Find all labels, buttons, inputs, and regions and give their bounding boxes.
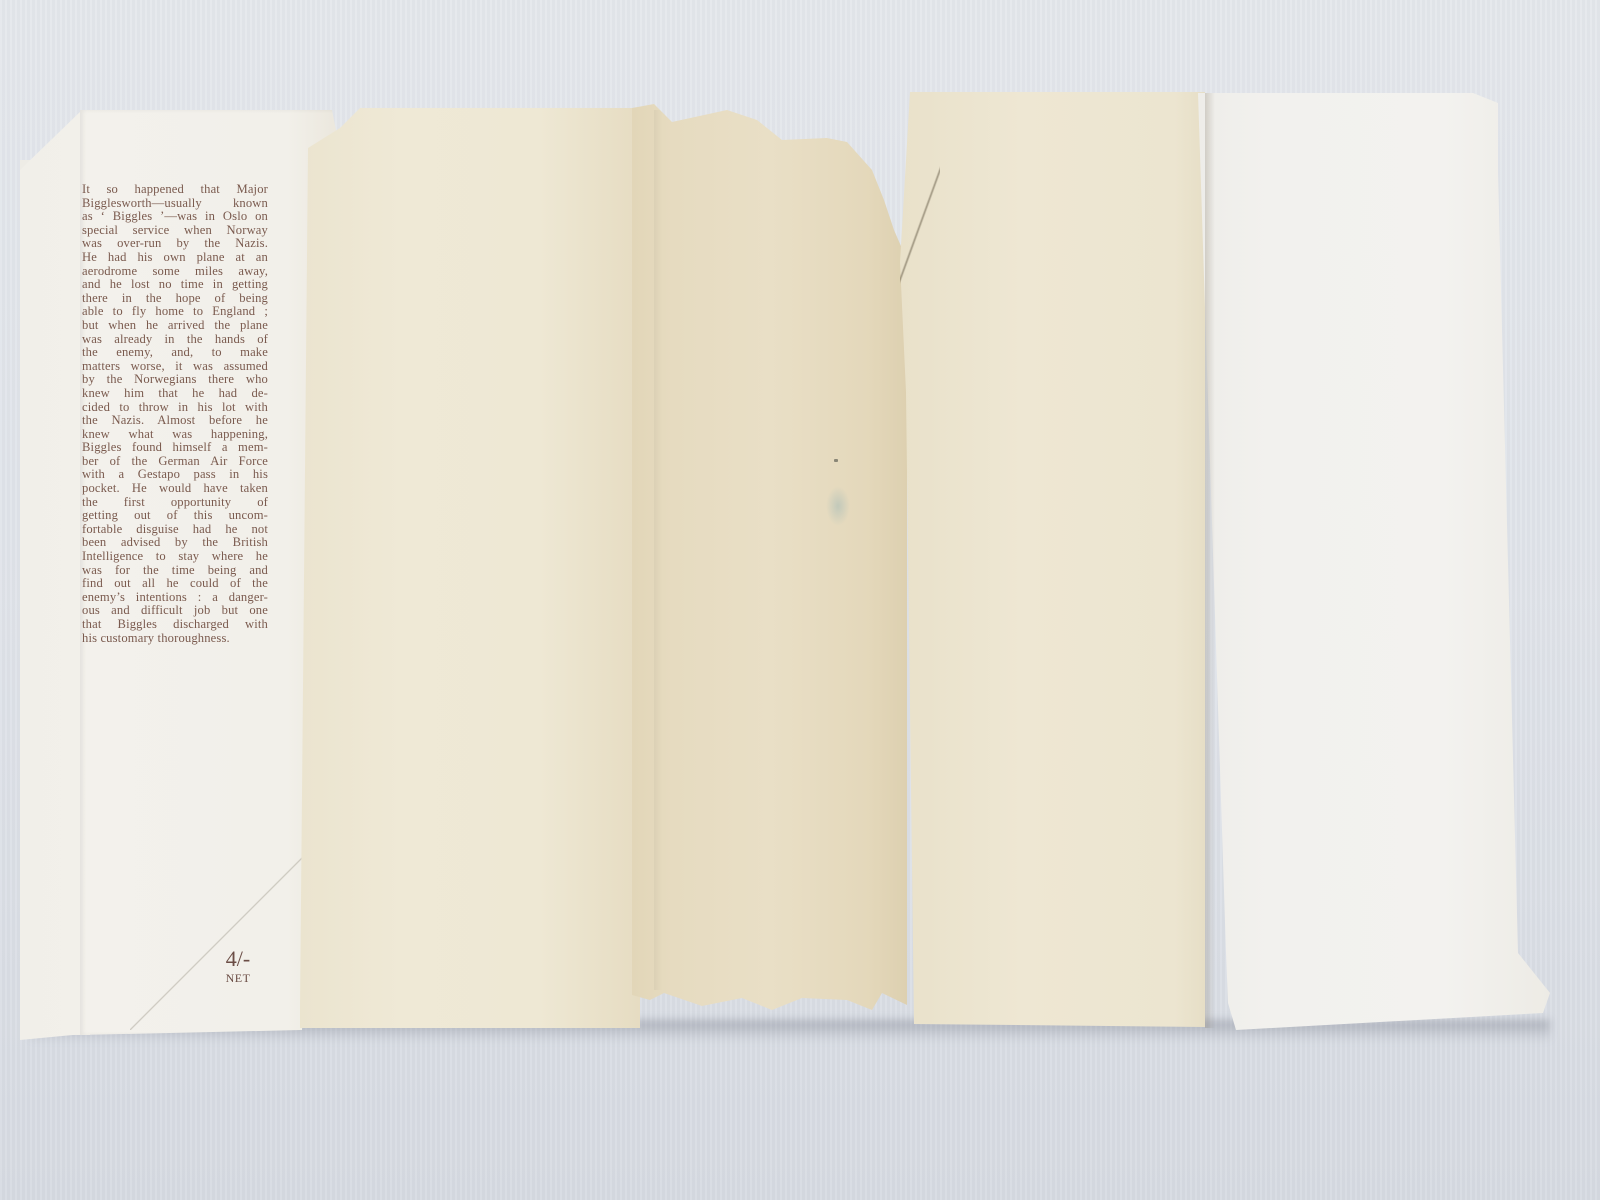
blurb-line: that Biggles discharged with xyxy=(82,618,268,632)
blurb-line: there in the hope of being xyxy=(82,292,268,306)
blurb-line: He had his own plane at an xyxy=(82,251,268,265)
blurb-line: by the Norwegians there who xyxy=(82,373,268,387)
blurb-line: knew what was happening, xyxy=(82,428,268,442)
blurb-line: cided to throw in his lot with xyxy=(82,401,268,415)
front-flap-fold xyxy=(1205,93,1215,1028)
blurb-line: special service when Norway xyxy=(82,224,268,238)
blurb-line: his customary thoroughness. xyxy=(82,632,268,646)
blurb-line: the Nazis. Almost before he xyxy=(82,414,268,428)
spine-stain xyxy=(826,486,850,526)
front-cover-tear xyxy=(900,160,940,290)
blurb-line: the first opportunity of xyxy=(82,496,268,510)
blurb-line: Bigglesworth—usually known xyxy=(82,197,268,211)
blurb-line: It so happened that Major xyxy=(82,183,268,197)
blurb-line: ber of the German Air Force xyxy=(82,455,268,469)
price-net: NET xyxy=(208,970,268,986)
blurb-line: the enemy, and, to make xyxy=(82,346,268,360)
blurb-line: been advised by the British xyxy=(82,536,268,550)
blurb-line: ous and difficult job but one xyxy=(82,604,268,618)
blurb-line: matters worse, it was assumed xyxy=(82,360,268,374)
blurb-line: fortable disguise had he not xyxy=(82,523,268,537)
price-amount: 4/- xyxy=(208,948,268,970)
blurb-line: find out all he could of the xyxy=(82,577,268,591)
back-cover-panel xyxy=(300,108,640,1028)
blurb-line: was over-run by the Nazis. xyxy=(82,237,268,251)
blurb-line: enemy’s intentions : a danger- xyxy=(82,591,268,605)
blurb-line: pocket. He would have taken xyxy=(82,482,268,496)
spine-spot xyxy=(834,459,838,462)
blurb-line: and he lost no time in getting xyxy=(82,278,268,292)
blurb-line: was for the time being and xyxy=(82,564,268,578)
blurb-line: able to fly home to England ; xyxy=(82,305,268,319)
blurb-line: getting out of this uncom- xyxy=(82,509,268,523)
flap-blurb: It so happened that Major Bigglesworth—u… xyxy=(82,183,268,645)
blurb-line: Intelligence to stay where he xyxy=(82,550,268,564)
front-cover-panel xyxy=(900,92,1205,1027)
blurb-line: as ‘ Biggles ’—was in Oslo on xyxy=(82,210,268,224)
spine-fold-shadow xyxy=(654,110,662,990)
blurb-line: Biggles found himself a mem- xyxy=(82,441,268,455)
blurb-line: aerodrome some miles away, xyxy=(82,265,268,279)
blurb-line: was already in the hands of xyxy=(82,333,268,347)
blurb-line: knew him that he had de- xyxy=(82,387,268,401)
blurb-line: with a Gestapo pass in his xyxy=(82,468,268,482)
blurb-line: but when he arrived the plane xyxy=(82,319,268,333)
front-flap xyxy=(1198,93,1550,1030)
price-label: 4/- NET xyxy=(208,948,268,986)
spine-panel xyxy=(632,100,907,1015)
